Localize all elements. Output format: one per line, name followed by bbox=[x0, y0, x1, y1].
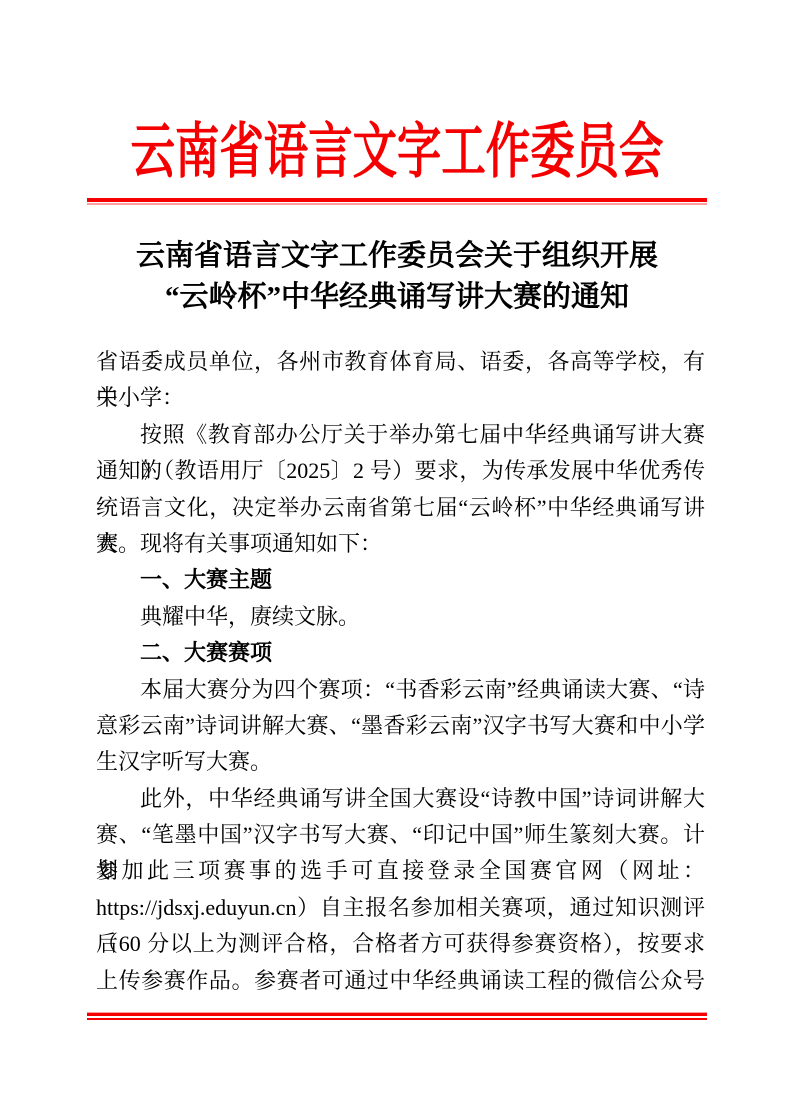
body-text: 省语委成员单位，各州市教育体育局、语委，各高等学校，有关中小学：按照《教育部办公… bbox=[96, 344, 705, 999]
body-line: 通知》（教语用厅〔2025〕2 号）要求，为传承发展中华优秀传 bbox=[96, 453, 705, 489]
body-line: 省语委成员单位，各州市教育体育局、语委，各高等学校，有关 bbox=[96, 344, 705, 380]
letterhead-org-title: 云南省语言文字工作委员会 bbox=[131, 112, 664, 192]
footer-rule bbox=[87, 1012, 707, 1020]
body-line: https://jdsxj.eduyun.cn）自主报名参加相关赛项，通过知识测… bbox=[96, 890, 705, 926]
document-title-line2: “云岭杯”中华经典诵写讲大赛的通知 bbox=[0, 277, 794, 318]
body-line: 赛。现将有关事项通知如下： bbox=[96, 526, 705, 562]
body-line: 赛、“笔墨中国”汉字书写大赛、“印记中国”师生篆刻大赛。计划 bbox=[96, 817, 705, 853]
body-line: 中小学： bbox=[96, 380, 705, 416]
letterhead-rule-thin bbox=[87, 203, 707, 205]
body-line: （60 分以上为测评合格，合格者方可获得参赛资格），按要求 bbox=[96, 926, 705, 962]
body-line: 生汉字听写大赛。 bbox=[96, 744, 705, 780]
body-line: 本届大赛分为四个赛项：“书香彩云南”经典诵读大赛、“诗 bbox=[96, 672, 705, 708]
section-heading: 一、大赛主题 bbox=[96, 562, 705, 598]
letterhead-rule bbox=[87, 198, 707, 205]
body-line: 上传参赛作品。参赛者可通过中华经典诵读工程的微信公众号 bbox=[96, 963, 705, 999]
section-heading: 二、大赛赛项 bbox=[96, 635, 705, 671]
body-line: 参加此三项赛事的选手可直接登录全国赛官网（网址： bbox=[96, 853, 705, 889]
body-line: 按照《教育部办公厅关于举办第七届中华经典诵写讲大赛的 bbox=[96, 417, 705, 453]
body-line: 统语言文化，决定举办云南省第七届“云岭杯”中华经典诵写讲大 bbox=[96, 490, 705, 526]
body-line: 意彩云南”诗词讲解大赛、“墨香彩云南”汉字书写大赛和中小学 bbox=[96, 708, 705, 744]
document-title: 云南省语言文字工作委员会关于组织开展 “云岭杯”中华经典诵写讲大赛的通知 bbox=[0, 236, 794, 318]
footer-rule-thin bbox=[87, 1018, 707, 1021]
letterhead: 云南省语言文字工作委员会 bbox=[0, 112, 794, 192]
body-line: 典耀中华，赓续文脉。 bbox=[96, 599, 705, 635]
document-title-line1: 云南省语言文字工作委员会关于组织开展 bbox=[0, 236, 794, 277]
document-page: 云南省语言文字工作委员会 云南省语言文字工作委员会关于组织开展 “云岭杯”中华经… bbox=[0, 0, 794, 1108]
body-line: 此外，中华经典诵写讲全国大赛设“诗教中国”诗词讲解大 bbox=[96, 781, 705, 817]
